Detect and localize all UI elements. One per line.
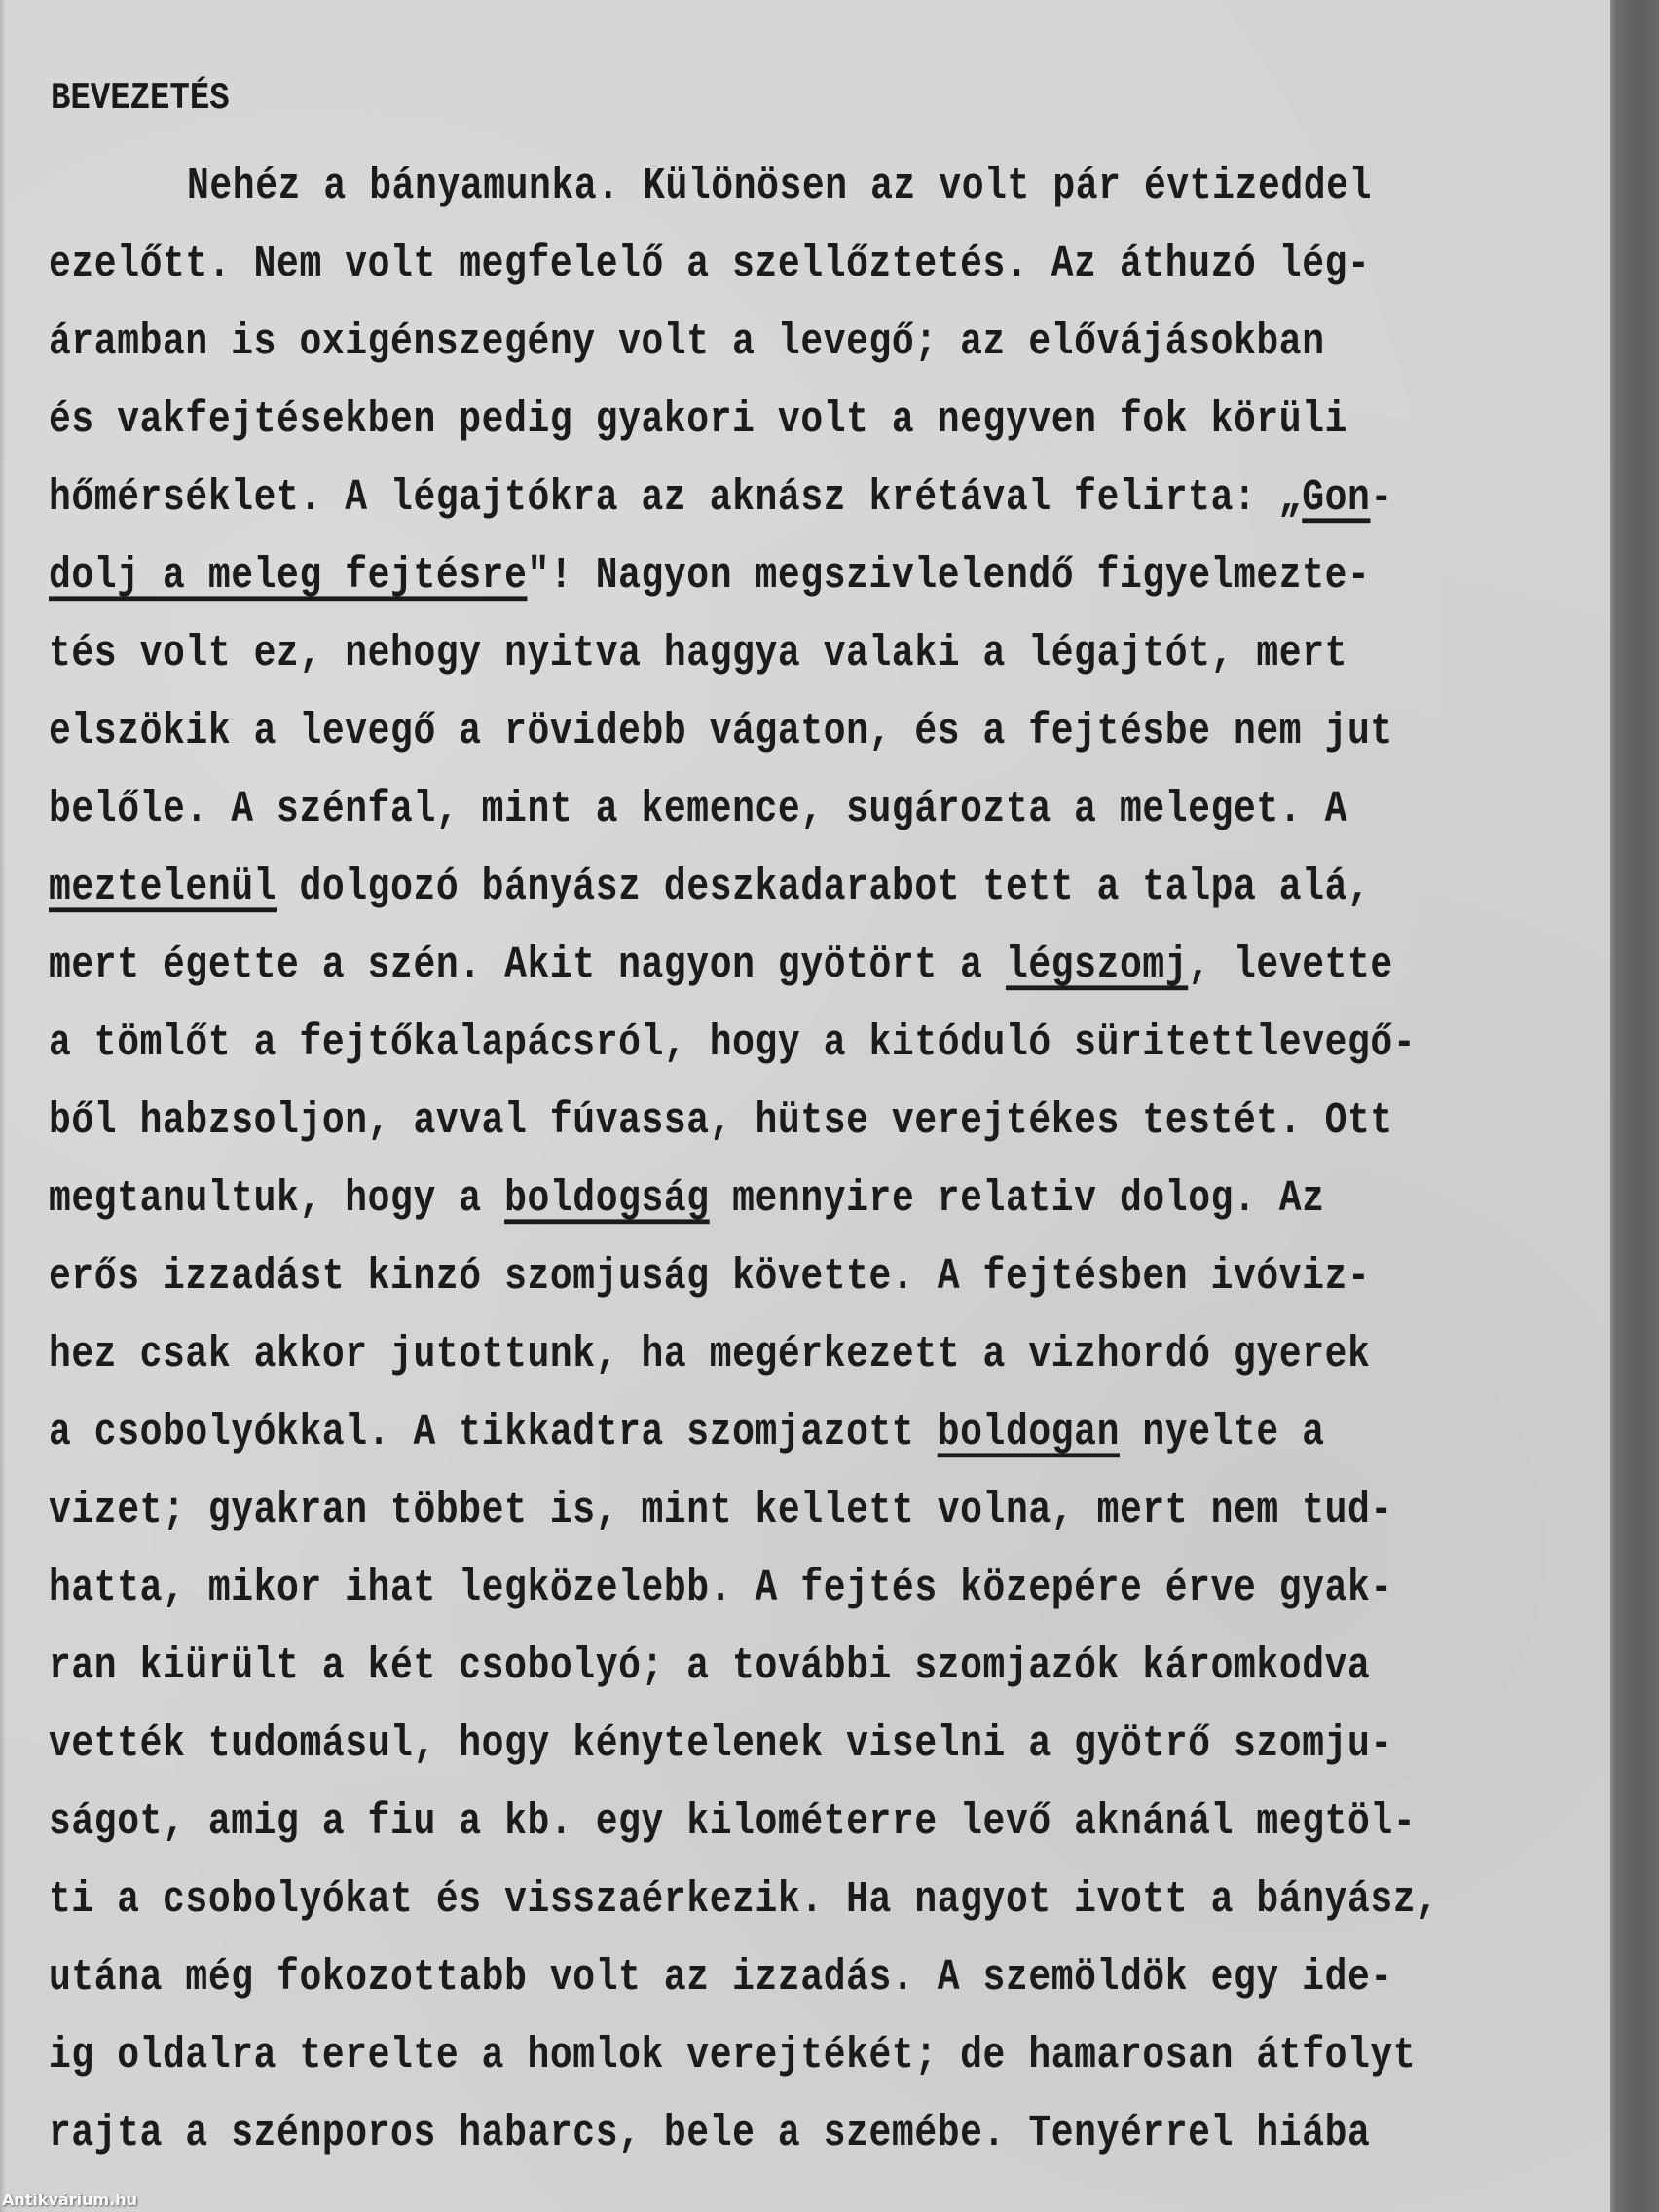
text-segment: megtanultuk, hogy a xyxy=(49,1174,504,1225)
text-segment: a tömlőt a fejtőkalapácsról, hogy a kitó… xyxy=(49,1018,1416,1069)
text-segment: tés volt ez, nehogy nyitva haggya valaki… xyxy=(49,629,1347,680)
text-segment: áramban is oxigénszegény volt a levegő; … xyxy=(49,317,1325,368)
text-segment: hez csak akkor jutottunk, ha megérkezett… xyxy=(49,1330,1370,1381)
text-segment: ti a csobolyókat és visszaérkezik. Ha na… xyxy=(49,1875,1439,1926)
text-segment: és vakfejtésekben pedig gyakori volt a n… xyxy=(49,395,1347,446)
text-line: rajta a szénporos habarcs, bele a szeméb… xyxy=(49,2105,1509,2198)
page-heading: BEVEZETÉS xyxy=(51,78,230,121)
text-segment: - xyxy=(1370,473,1392,524)
text-segment: mert égette a szén. Akit nagyon gyötört … xyxy=(49,940,1006,991)
text-segment: ből habzsoljon, avval fúvassa, hütse ver… xyxy=(49,1096,1393,1147)
text-segment: dolgozó bányász deszkadarabot tett a tal… xyxy=(276,863,1370,913)
text-segment: nyelte a xyxy=(1120,1408,1325,1458)
underlined-text: boldogan xyxy=(938,1408,1120,1458)
text-segment: Nehéz a bányamunka. Különösen az volt pá… xyxy=(187,162,1372,212)
text-segment: rajta a szénporos habarcs, bele a szeméb… xyxy=(49,2109,1370,2159)
text-segment: hőmérséklet. A légajtókra az aknász krét… xyxy=(49,473,1302,524)
text-segment: ran kiürült a két csobolyó; a további sz… xyxy=(49,1641,1370,1692)
text-segment: utána még fokozottabb volt az izzadás. A… xyxy=(49,1953,1393,2004)
text-segment: a csobolyókkal. A tikkadtra szomjazott xyxy=(49,1408,938,1458)
text-segment: belőle. A szénfal, mint a kemence, sugár… xyxy=(49,785,1347,835)
underlined-text: boldogság xyxy=(504,1174,710,1225)
underlined-text: dolj a meleg fejtésre xyxy=(49,551,527,602)
underlined-text: légszomj xyxy=(1006,940,1188,991)
text-segment: ig oldalra terelte a homlok verejtékét; … xyxy=(49,2031,1416,2082)
text-segment: ságot, amig a fiu a kb. egy kilométerre … xyxy=(49,1797,1416,1848)
page-left-shadow xyxy=(0,0,6,2212)
text-segment: hatta, mikor ihat legközelebb. A fejtés … xyxy=(49,1564,1393,1614)
text-segment: , levette xyxy=(1188,940,1393,991)
text-segment: elszökik a levegő a rövidebb vágaton, és… xyxy=(49,707,1393,757)
text-segment: mennyire relativ dolog. Az xyxy=(710,1174,1325,1225)
text-segment: vizet; gyakran többet is, mint kellett v… xyxy=(49,1486,1393,1536)
text-segment: erős izzadást kinzó szomjuság követte. A… xyxy=(49,1252,1370,1303)
document-page: BEVEZETÉS Nehéz a bányamunka. Különösen … xyxy=(0,0,1610,2212)
text-segment: vették tudomásul, hogy kénytelenek visel… xyxy=(49,1719,1393,1770)
text-segment: ezelőtt. Nem volt megfelelő a szellőztet… xyxy=(49,240,1370,290)
body-text: Nehéz a bányamunka. Különösen az volt pá… xyxy=(49,158,1509,2183)
underlined-text: meztelenül xyxy=(49,863,276,913)
underlined-text: Gon xyxy=(1302,473,1370,524)
text-segment: "! Nagyon megszivlelendő figyelmezte- xyxy=(527,551,1370,602)
watermark: Antikvárium.hu xyxy=(2,2191,137,2209)
binding-edge xyxy=(1610,0,1659,2212)
